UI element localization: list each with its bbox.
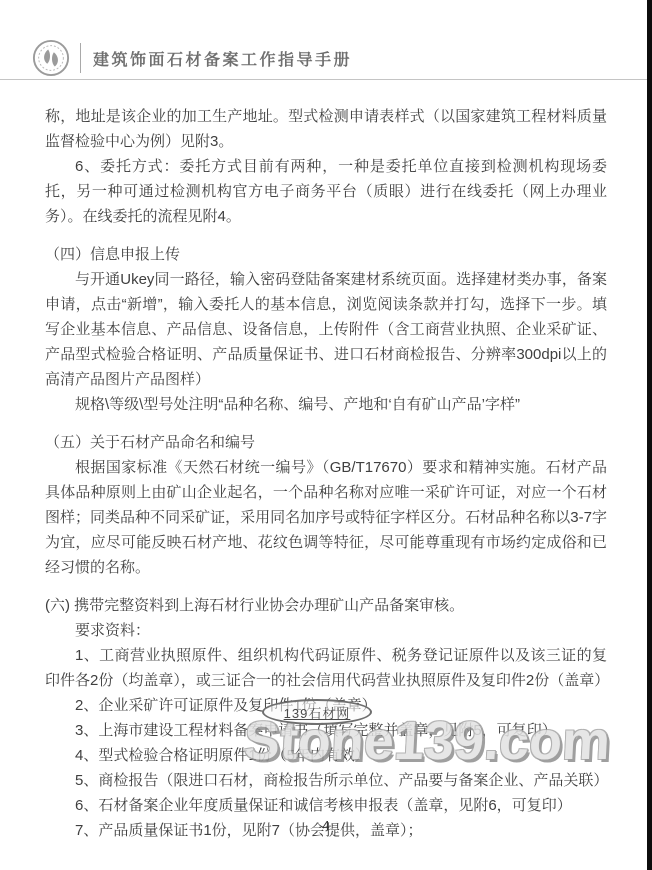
paragraph: 与开通Ukey同一路径，输入密码登陆备案建材系统页面。选择建材类办事，备案申请，…	[45, 267, 607, 392]
association-seal-icon	[32, 39, 70, 77]
list-item: 6、石材备案企业年度质量保证和诚信考核申报表（盖章，见附6，可复印）	[45, 793, 607, 818]
paragraph: 规格\等级\型号处注明“品种名称、编号、产地和‘自有矿山产品’字样”	[45, 392, 607, 417]
stamp-watermark: 139石材网	[262, 699, 372, 725]
header-divider	[80, 43, 81, 73]
page-header: 建筑饰面石材备案工作指导手册	[32, 36, 352, 80]
section-heading: （五）关于石材产品命名和编号	[45, 430, 607, 455]
document-title: 建筑饰面石材备案工作指导手册	[93, 47, 352, 70]
paragraph: 要求资料：	[45, 618, 607, 643]
paragraph: 根据国家标准《天然石材统一编号》（GB/T17670）要求和精神实施。石材产品具…	[45, 455, 607, 580]
document-page: 建筑饰面石材备案工作指导手册 称，地址是该企业的加工生产地址。型式检测申请表样式…	[0, 0, 652, 870]
stamp-watermark-label: 139石材网	[284, 703, 351, 722]
scan-edge-strip	[647, 0, 652, 870]
page-number: 4	[0, 818, 652, 833]
section-heading: （四）信息申报上传	[45, 242, 607, 267]
paragraph: 6、委托方式：委托方式目前有两种，一种是委托单位直接到检测机构现场委托，另一种可…	[45, 154, 607, 229]
section-heading: (六) 携带完整资料到上海石材行业协会办理矿山产品备案审核。	[45, 593, 607, 618]
header-rule	[0, 79, 652, 80]
list-item: 1、工商营业执照原件、组织机构代码证原件、税务登记证原件以及该三证的复印件各2份…	[45, 643, 607, 693]
paragraph: 称，地址是该企业的加工生产地址。型式检测申请表样式（以国家建筑工程材料质量监督检…	[45, 104, 607, 154]
